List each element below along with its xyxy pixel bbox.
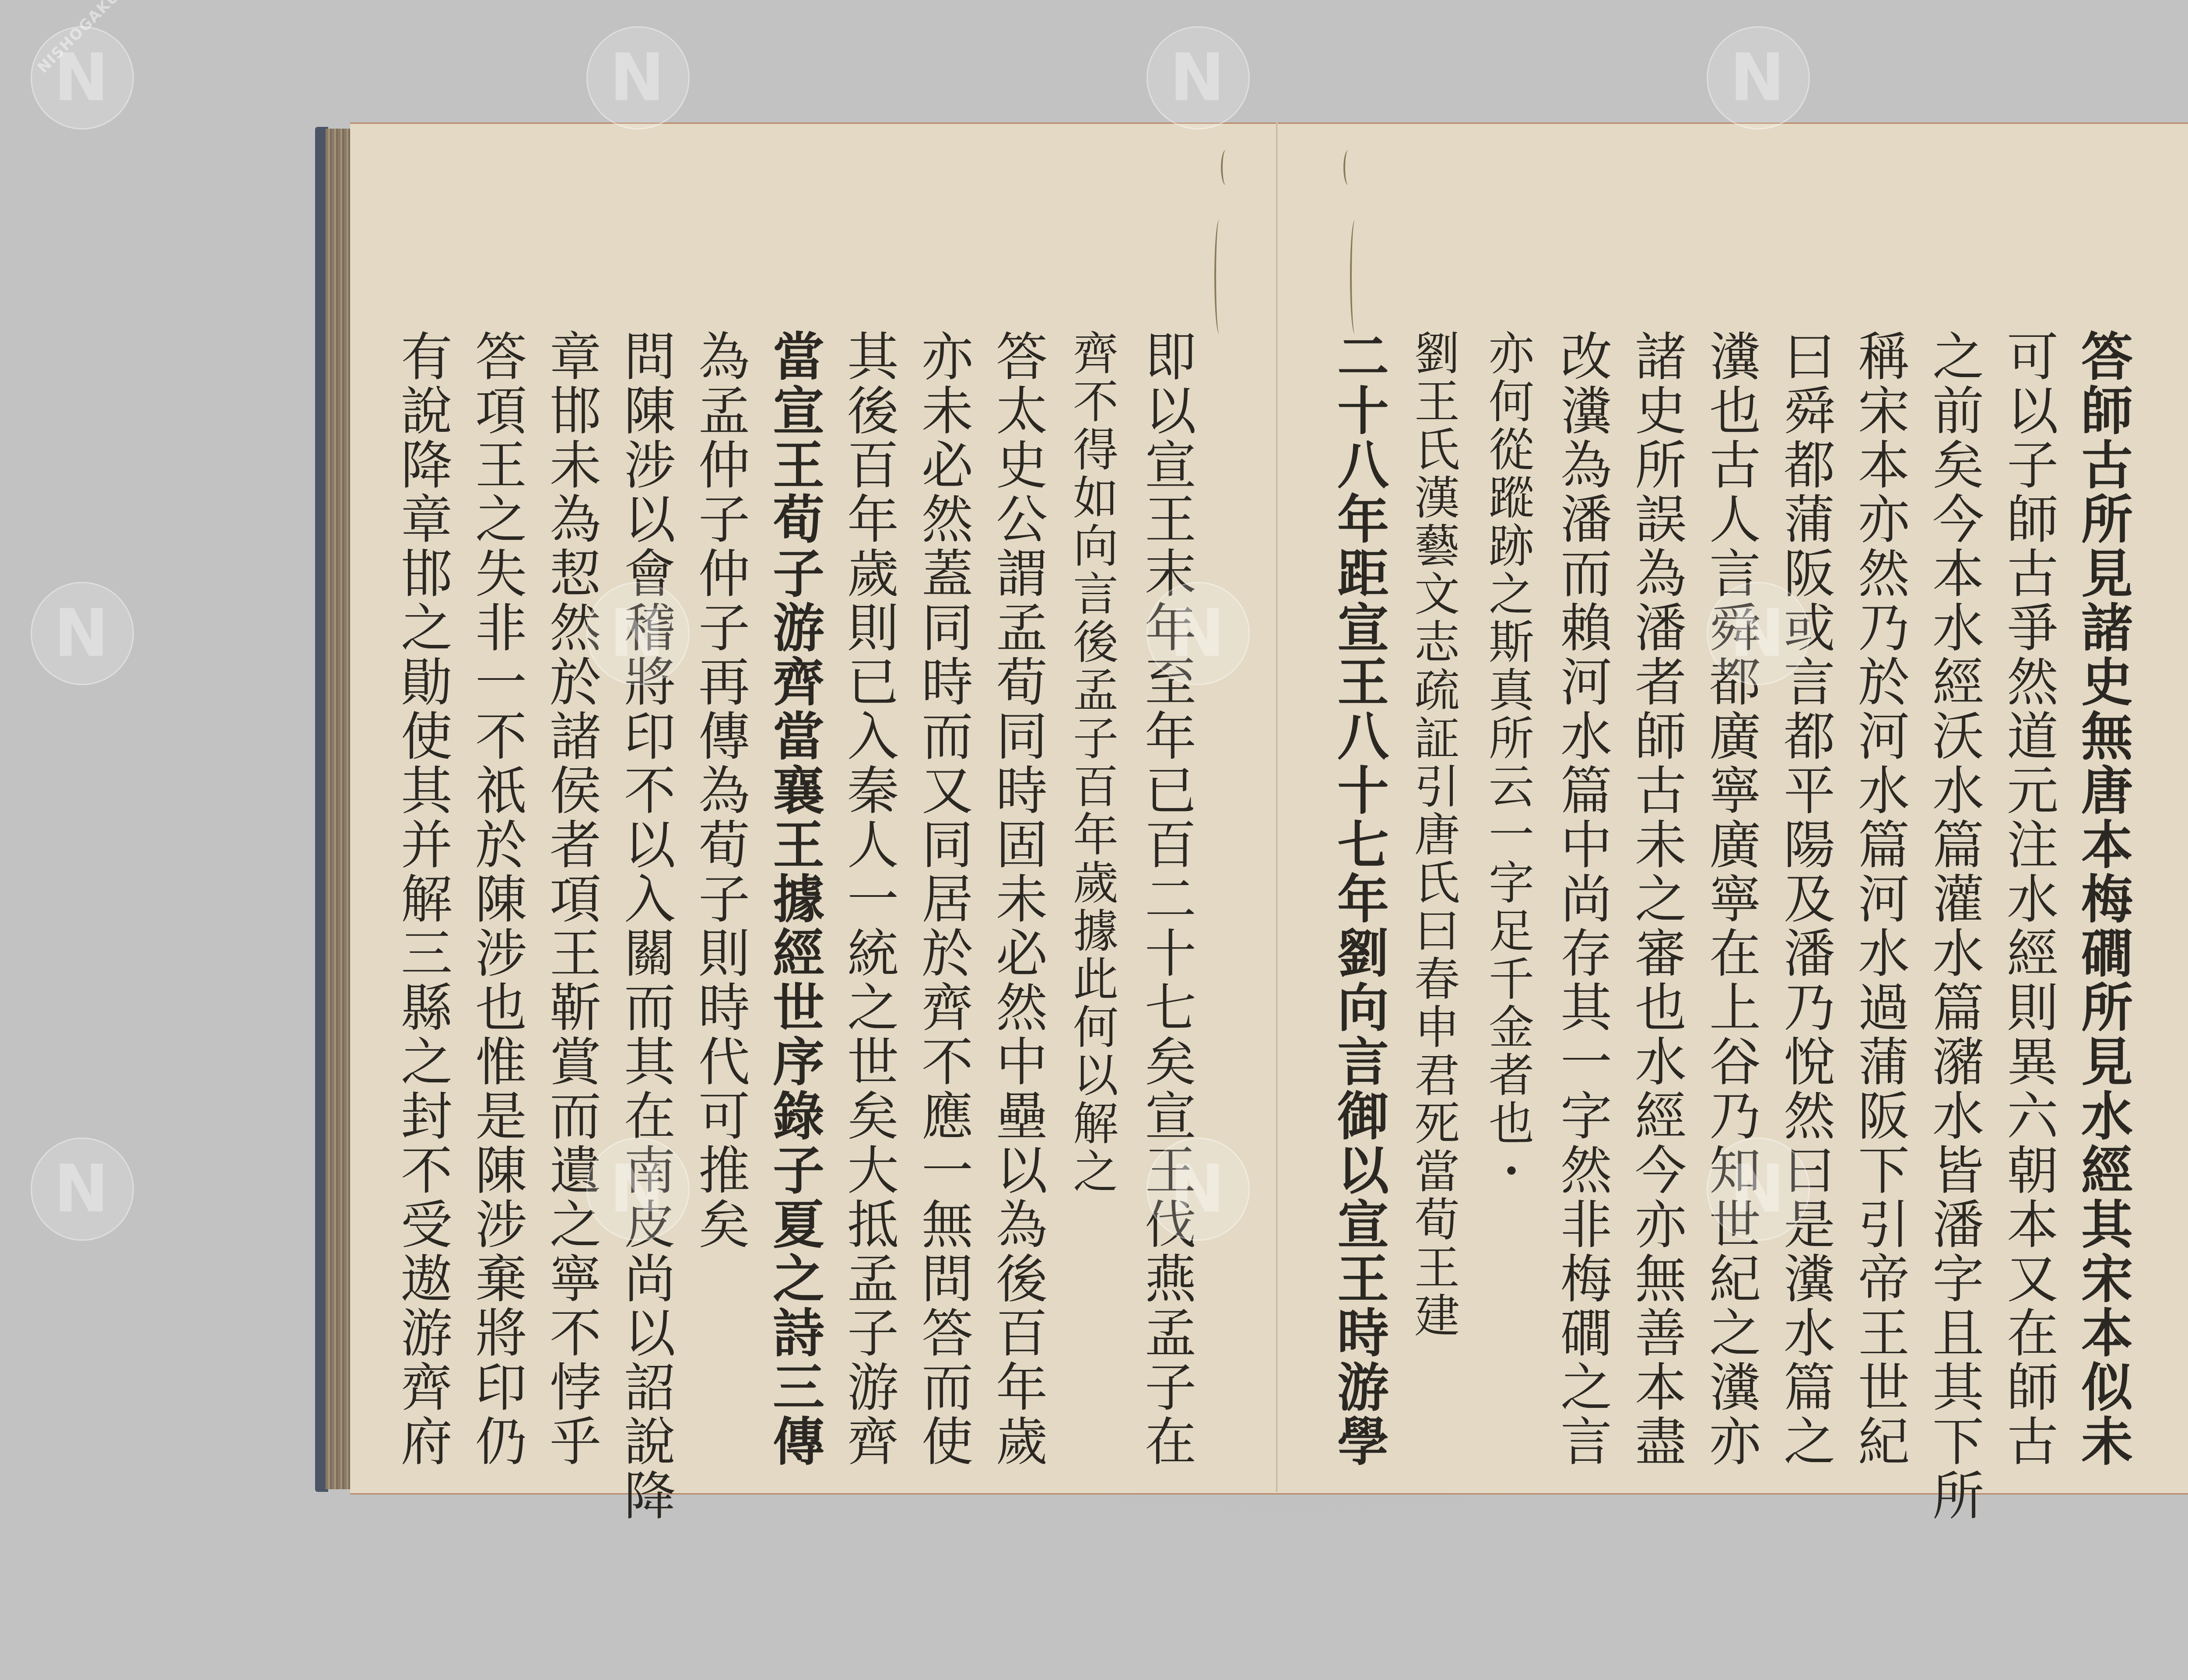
text-column: 稱宋本亦然乃於河水篇河水過蒲阪下引帝王世紀 <box>1842 329 1917 1523</box>
paper-damage-mark <box>1350 220 1360 334</box>
watermark-logo-icon: NISHOGAKUSHAN <box>31 26 134 129</box>
watermark-glyph: N <box>1170 1156 1225 1222</box>
watermark-glyph: N <box>1170 601 1225 666</box>
text-column: 改瀵為潘而賴河水篇中尚存其一字然非梅磵之言 <box>1545 329 1619 1523</box>
text-column: 亦何從蹤跡之斯真所云一字足千金者也・ <box>1470 329 1545 1523</box>
watermark-glyph: N <box>610 601 665 666</box>
paper-damage-mark <box>1214 220 1224 334</box>
left-page-edges <box>326 129 352 1489</box>
watermark-glyph: N <box>54 601 109 666</box>
text-column: 其後百年歲則已入秦人一統之世矣大抵孟子游齊 <box>831 329 906 1523</box>
text-column: 可以子師古爭然道元注水經則異六朝本又在師古 <box>1991 329 2065 1523</box>
text-column: 為孟仲子仲子再傳為荀子則時代可推矣 <box>683 329 757 1523</box>
watermark-logo-icon: N <box>1147 582 1250 685</box>
watermark-glyph: N <box>1170 45 1225 111</box>
watermark-glyph: N <box>610 1156 665 1222</box>
text-column: 問陳涉以會稽將印不以入關而其在南皮尚以詔說降 <box>608 329 683 1523</box>
watermark-logo-icon: N <box>586 1137 690 1241</box>
text-column: 之前矣今本水經沃水篇灌水篇瀦水皆潘字且其下所 <box>1917 329 1991 1523</box>
watermark-logo-icon: N <box>1147 1137 1250 1241</box>
text-column: 當宣王荀子游齊當襄王據經世序錄子夏之詩三傳 <box>757 329 831 1523</box>
right-page-text: 答師古所見諸史無唐本梅磵所見水經其宋本似未 可以子師古爭然道元注水經則異六朝本又… <box>1322 329 2140 1523</box>
text-column: 曰舜都蒲阪或言都平陽及潘乃悅然曰是瀵水篇之 <box>1768 329 1842 1523</box>
watermark-logo-icon: N <box>31 582 134 685</box>
watermark-glyph: N <box>1730 45 1785 111</box>
text-column: 答師古所見諸史無唐本梅磵所見水經其宋本似未 <box>2065 329 2140 1523</box>
text-column: 章邯未為恝然於諸侯者項王靳賞而遺之寧不悖乎 <box>534 329 608 1523</box>
right-page: 答師古所見諸史無唐本梅磵所見水經其宋本似未 可以子師古爭然道元注水經則異六朝本又… <box>1278 122 2188 1494</box>
paper-damage-mark <box>1221 150 1231 185</box>
watermark-glyph: N <box>1730 601 1785 666</box>
watermark-logo-icon: N <box>586 26 690 129</box>
text-column: 劉王氏漢藝文志疏証引唐氏曰春申君死當荀王建 <box>1396 329 1470 1523</box>
watermark-logo-icon: N <box>1707 582 1810 685</box>
watermark-logo-icon: N <box>1147 26 1250 129</box>
text-column: 答項王之失非一不祇於陳涉也惟是陳涉棄將印仍 <box>459 329 534 1523</box>
watermark-logo-icon: N <box>1707 1137 1810 1241</box>
text-column: 亦未必然蓋同時而又同居於齊不應一無問答而使 <box>906 329 980 1523</box>
watermark-logo-icon: N <box>1707 26 1810 129</box>
text-column: 有說降章邯之勛使其并解三縣之封不受遨游齊府 <box>385 329 459 1523</box>
watermark-logo-icon: N <box>586 582 690 685</box>
left-page: 即以宣王末年至年已百二十七矣宣王伐燕孟子在 齊不得如向言後孟子百年歲據此何以解之… <box>350 122 1278 1494</box>
paper-damage-mark <box>1343 150 1353 185</box>
text-column: 答太史公謂孟荀同時固未必然中壘以為後百年歲 <box>980 329 1055 1523</box>
watermark-glyph: N <box>610 45 665 111</box>
open-book: 即以宣王末年至年已百二十七矣宣王伐燕孟子在 齊不得如向言後孟子百年歲據此何以解之… <box>315 122 2188 1496</box>
watermark-logo-icon: N <box>31 1137 134 1241</box>
text-column: 齊不得如向言後孟子百年歲據此何以解之 <box>1055 329 1129 1523</box>
watermark-glyph: N <box>54 1156 109 1222</box>
text-column: 即以宣王末年至年已百二十七矣宣王伐燕孟子在 <box>1129 329 1203 1523</box>
watermark-glyph: N <box>54 45 109 111</box>
text-column: 瀵也古人言舜都廣寧廣寧在上谷乃知世紀之瀵亦 <box>1694 329 1768 1523</box>
left-page-text: 即以宣王末年至年已百二十七矣宣王伐燕孟子在 齊不得如向言後孟子百年歲據此何以解之… <box>385 329 1203 1523</box>
watermark-glyph: N <box>1730 1156 1785 1222</box>
text-column: 諸史所誤為潘者師古未之審也水經今亦無善本盡 <box>1619 329 1694 1523</box>
text-column: 二十八年距宣王八十七年劉向言御以宣王時游學 <box>1322 329 1396 1523</box>
